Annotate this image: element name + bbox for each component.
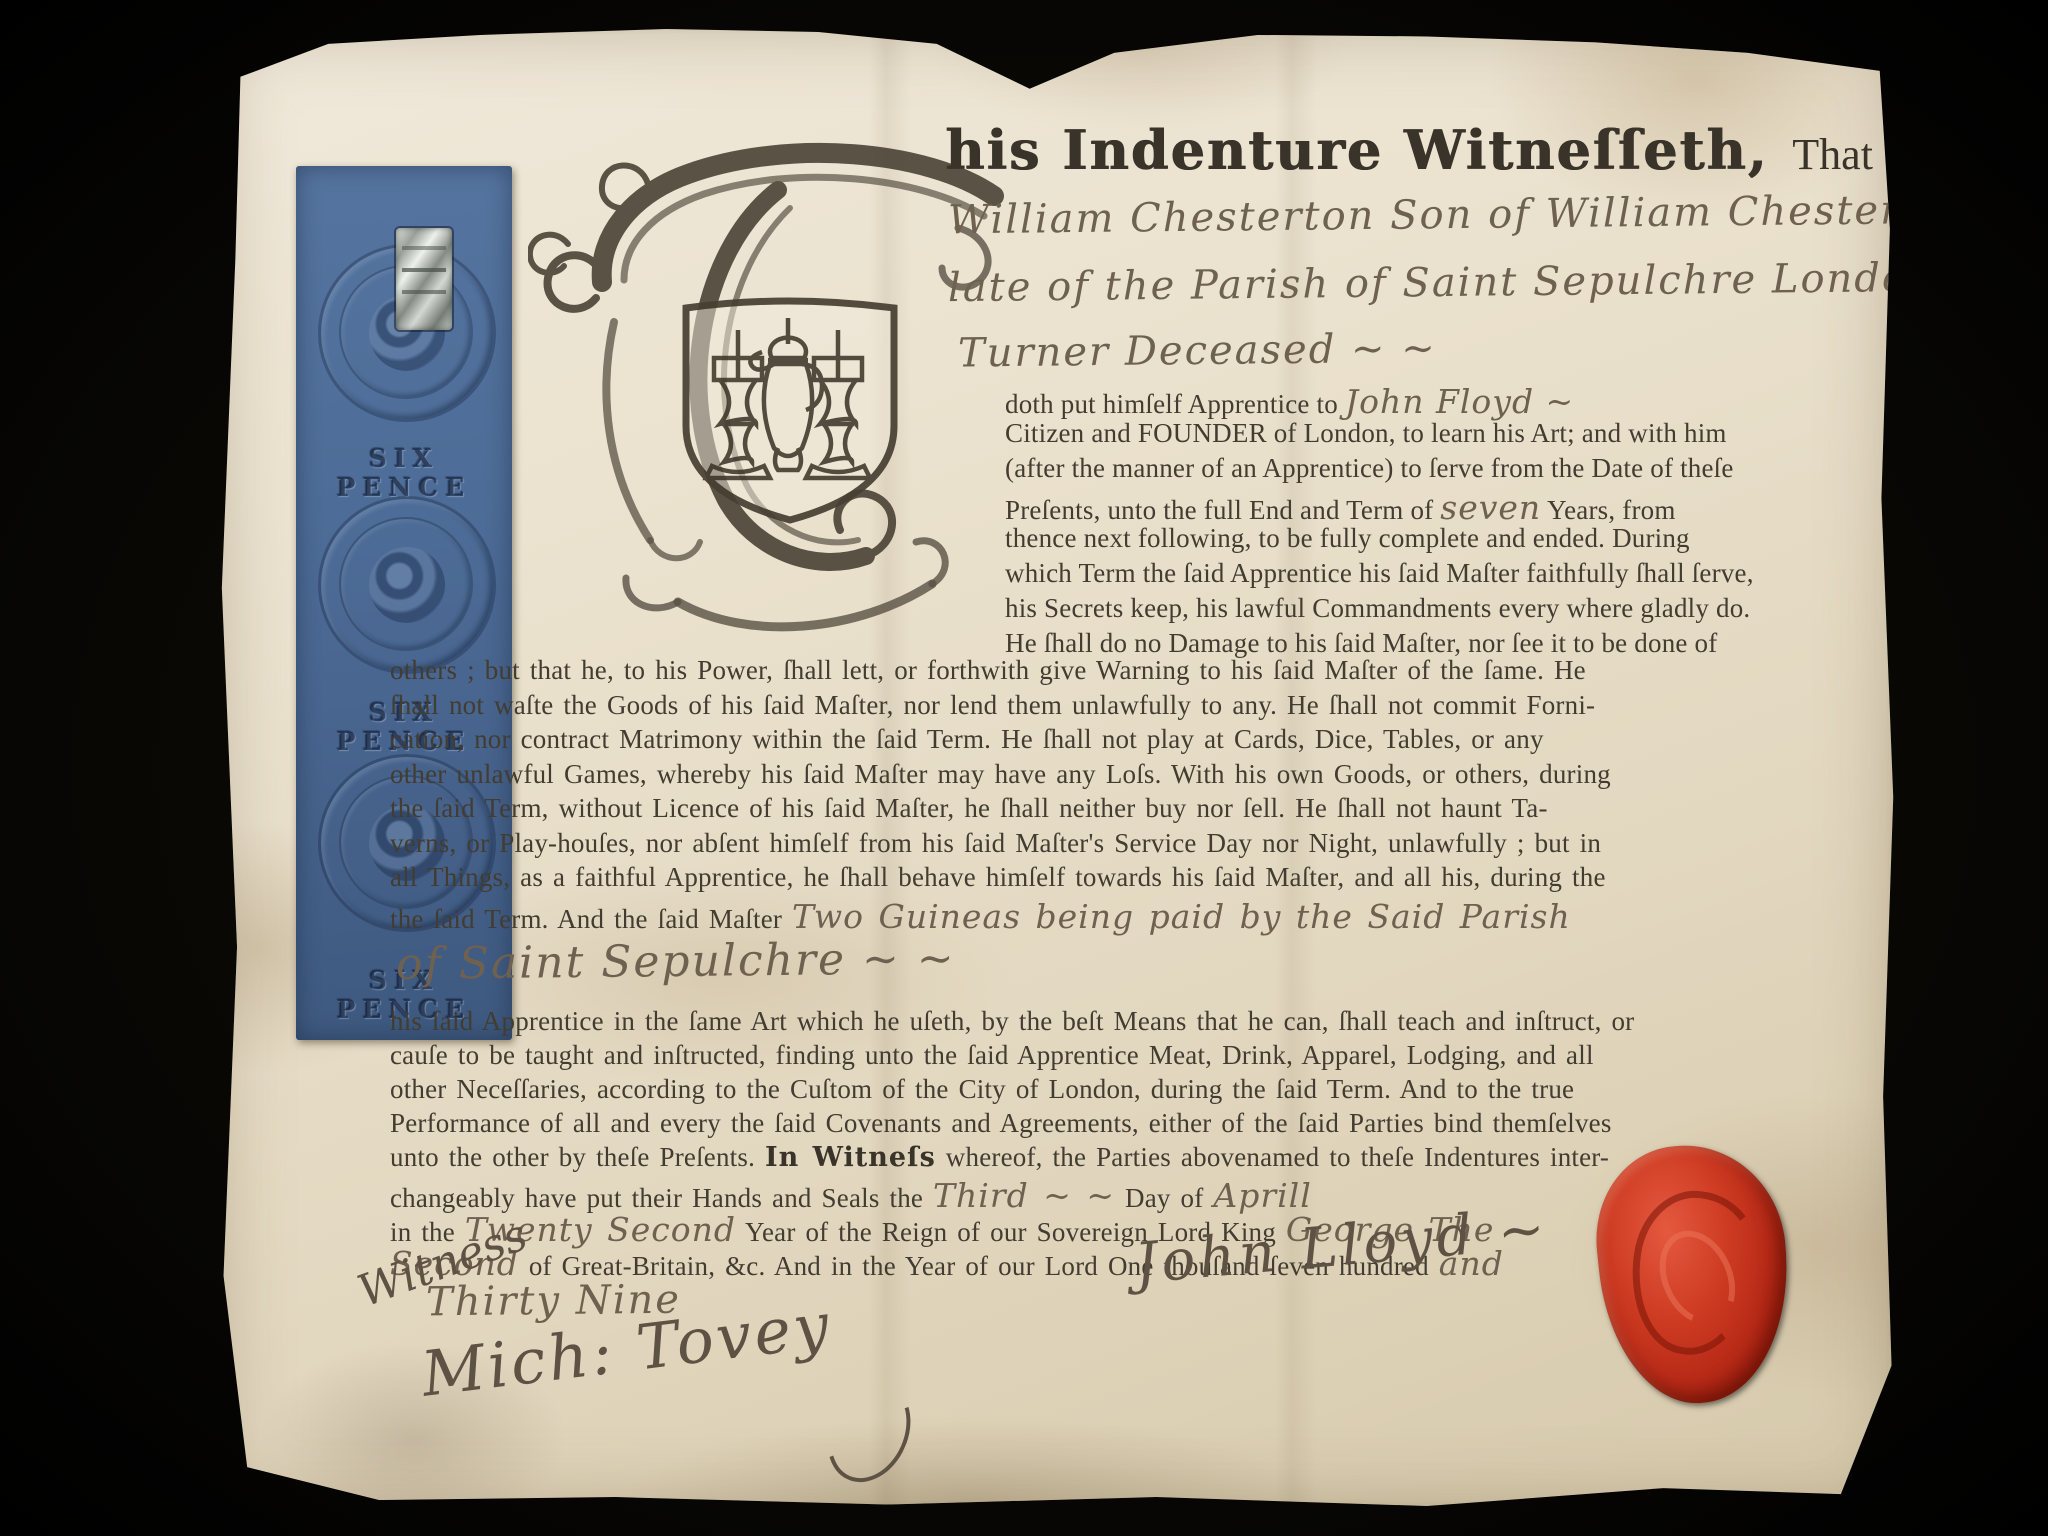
stamp-denomination-text: SIX PENCE <box>296 444 512 502</box>
photo-background: SIX PENCE SIX PENCE SIX PENCE <box>0 0 2048 1536</box>
body-line: his Secrets keep, his lawful Commandment… <box>1005 593 1750 624</box>
consideration-handwritten: Two Guineas being paid by the Said Paris… <box>792 897 1571 936</box>
body-line: all Things, as a faithful Apprentice, he… <box>390 862 1606 893</box>
red-wax-seal <box>1587 1136 1801 1412</box>
printed-text: Preſents, unto the full End and Term of <box>1005 495 1440 525</box>
founders-arms-shield <box>686 301 894 520</box>
document-title: his Indenture Witneſſeth, That ~ ~ <box>945 118 1975 182</box>
printed-text: Day of <box>1115 1183 1213 1213</box>
term-years-handwritten: seven <box>1440 488 1541 527</box>
ornate-initial-T <box>528 132 1014 662</box>
printed-text: whereof, the Parties abovenamed to theſe… <box>936 1142 1609 1172</box>
body-line: Citizen and FOUNDER of London, to learn … <box>1005 418 1727 449</box>
tudor-rose-emboss <box>369 547 445 623</box>
title-flourish: ~ ~ <box>1903 137 1975 178</box>
body-line: cauſe to be taught and inſtructed, findi… <box>390 1040 1594 1071</box>
signature-flourish <box>812 1369 926 1496</box>
parish-handwritten-line: of Saint Sepulchre ~ ~ <box>396 933 956 990</box>
body-line: verns, or Play-houſes, nor abſent himſel… <box>390 828 1601 859</box>
body-line: unto the other by theſe Preſents. In Wit… <box>390 1142 1609 1173</box>
father-trade-line: Turner Deceased ~ ~ <box>958 325 1437 376</box>
body-line: his ſaid Apprentice in the ſame Art whic… <box>390 1006 1634 1037</box>
body-line: the ſaid Term, without Licence of his ſa… <box>390 793 1548 824</box>
indenture-document: SIX PENCE SIX PENCE SIX PENCE <box>210 20 1900 1515</box>
body-line: (after the manner of an Apprentice) to ſ… <box>1005 453 1734 484</box>
silver-foil-tab <box>396 228 452 330</box>
body-line: the ſaid Term. And the ſaid Maſter Two G… <box>390 897 1571 936</box>
printed-text: the ſaid Term. And the ſaid Maſter <box>390 904 792 934</box>
body-line: thence next following, to be fully compl… <box>1005 523 1690 554</box>
body-line: other unlawful Games, whereby his ſaid M… <box>390 759 1611 790</box>
master-name-handwritten: John Floyd ~ <box>1345 382 1574 421</box>
parish-line: late of the Parish of Saint Sepulchre Lo… <box>948 255 1936 311</box>
apprentice-name-line: William Chesterton Son of William Cheste… <box>948 187 1974 244</box>
body-line: Preſents, unto the full End and Term of … <box>1005 488 1676 527</box>
body-line: doth put himſelf Apprentice to John Floy… <box>1005 382 1574 421</box>
embossed-rose-medallion <box>318 496 496 674</box>
body-line: other Neceſſaries, according to the Cuſt… <box>390 1074 1574 1105</box>
title-blackletter: his Indenture Witneſſeth, <box>945 118 1768 182</box>
body-line: ſhall not waſte the Goods of his ſaid Ma… <box>390 690 1595 721</box>
in-witness-blackletter: In Witneſs <box>765 1142 936 1173</box>
printed-text: Years, from <box>1541 495 1675 525</box>
printed-text: unto the other by theſe Preſents. <box>390 1142 765 1172</box>
title-that: That <box>1792 130 1873 179</box>
printed-text: changeably have put their Hands and Seal… <box>390 1183 933 1213</box>
body-line: which Term the ſaid Apprentice his ſaid … <box>1005 558 1754 589</box>
body-line: others ; but that he, to his Power, ſhal… <box>390 655 1586 686</box>
printed-text: doth put himſelf Apprentice to <box>1005 389 1345 419</box>
body-line: cation, nor contract Matrimony within th… <box>390 724 1544 755</box>
body-line: Performance of all and every the ſaid Co… <box>390 1108 1612 1139</box>
